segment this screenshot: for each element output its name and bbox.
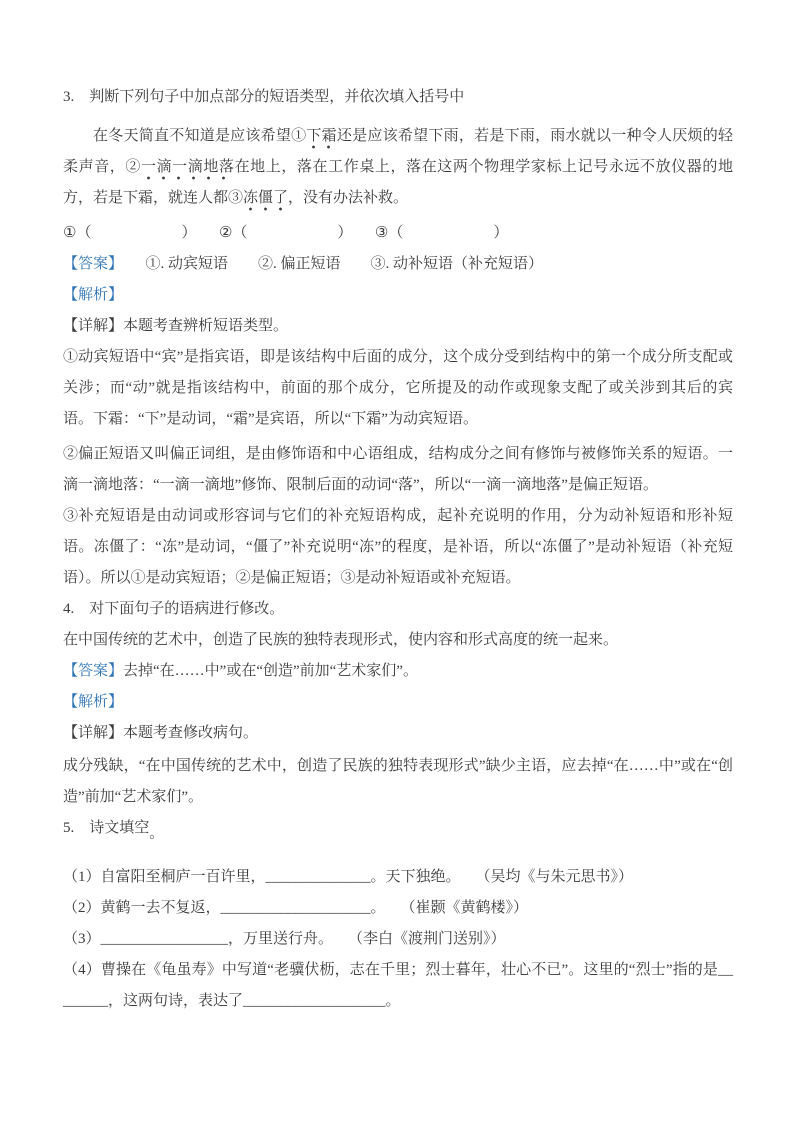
analysis-label: 【解析】: [63, 694, 123, 710]
question-3-answer-line: 【答案】 ①. 动宾短语 ②. 偏正短语 ③. 动补短语（补充短语）: [63, 249, 733, 280]
question-4-analysis-line: 【解析】: [63, 687, 733, 718]
question-5-block: 5. 诗文填空。 （1）自富阳至桐庐一百许里，______________。天下…: [63, 813, 733, 1017]
question-4-detail-paragraph-1: 成分残缺，“在中国传统的艺术中，创造了民族的独特表现形式”缺少主语，应去掉“在……: [63, 751, 733, 813]
passage-segment-1: 在冬天简直不知道是应该希望①: [93, 128, 306, 144]
question-3-block: 3. 判断下列句子中加点部分的短语类型，并依次填入括号中 在冬天简直不知道是应该…: [63, 82, 733, 594]
analysis-label: 【解析】: [63, 287, 123, 303]
detail-label: 【详解】: [63, 318, 123, 334]
question-3-answer-brackets: ①（ ） ②（ ） ③（ ）: [63, 218, 733, 249]
exam-document-page: 3. 判断下列句子中加点部分的短语类型，并依次填入括号中 在冬天简直不知道是应该…: [0, 0, 793, 1122]
question-3-detail-intro: 【详解】本题考查辨析短语类型。: [63, 311, 733, 342]
detail-label: 【详解】: [63, 725, 123, 741]
question-4-detail-intro: 【详解】本题考查修改病句。: [63, 718, 733, 749]
answer-label: 【答案】: [63, 256, 116, 272]
question-4-sentence: 在中国传统的艺术中，创造了民族的独特表现形式，使内容和形式高度的统一起来。: [63, 625, 733, 656]
passage-dotted-phrase-1: 下霜: [306, 128, 337, 149]
q5-item-1: （1）自富阳至桐庐一百许里，______________。天下独绝。 （吴均《与…: [63, 862, 733, 893]
question-5-title-text: 5. 诗文填空: [63, 820, 149, 836]
question-5-title: 5. 诗文填空。: [63, 813, 733, 849]
question-5-title-period: 。: [149, 825, 164, 841]
question-4-answer-line: 【答案】去掉“在……中”或在“创造”前加“艺术家们”。: [63, 656, 733, 687]
detail-intro-text: 本题考查辨析短语类型。: [123, 318, 288, 334]
q5-item-4: （4）曹操在《龟虽寿》中写道“老骥伏枥，志在千里；烈士暮年，壮心不已”。这里的“…: [63, 955, 733, 1017]
question-3-title: 3. 判断下列句子中加点部分的短语类型，并依次填入括号中: [63, 82, 733, 113]
passage-dotted-phrase-3: 冻僵了: [243, 190, 288, 211]
question-3-analysis-line: 【解析】: [63, 280, 733, 311]
answer-label: 【答案】: [63, 663, 123, 679]
question-4-title: 4. 对下面句子的语病进行修改。: [63, 594, 733, 625]
q5-item-3: （3）_________________，万里送行舟。 （李白《渡荆门送别》）: [63, 924, 733, 955]
passage-segment-4: ，没有办法补救。: [288, 190, 408, 206]
passage-dotted-phrase-2: 一滴一滴地落: [141, 159, 235, 180]
question-3-passage: 在冬天简直不知道是应该希望①下霜还是应该希望下雨，若是下雨，雨水就以一种令人厌烦…: [63, 121, 733, 214]
question-3-detail-paragraph-3: ③补充短语是由动词或形容词与它们的补充短语构成，起补充说明的作用，分为动补短语和…: [63, 501, 733, 594]
answer-text: 去掉“在……中”或在“创造”前加“艺术家们”。: [123, 663, 418, 679]
q5-item-2: （2）黄鹤一去不复返，____________________。 （崔颢《黄鹤楼…: [63, 893, 733, 924]
question-3-detail-paragraph-2: ②偏正短语又叫偏正词组，是由修饰语和中心语组成，结构成分之间有修饰与被修饰关系的…: [63, 439, 733, 501]
question-4-block: 4. 对下面句子的语病进行修改。 在中国传统的艺术中，创造了民族的独特表现形式，…: [63, 594, 733, 813]
question-3-detail-paragraph-1: ①动宾短语中“宾”是指宾语，即是该结构中后面的成分，这个成分受到结构中的第一个成…: [63, 342, 733, 435]
answer-text: ①. 动宾短语 ②. 偏正短语 ③. 动补短语（补充短语）: [116, 256, 544, 272]
question-5-items: （1）自富阳至桐庐一百许里，______________。天下独绝。 （吴均《与…: [63, 862, 733, 1017]
detail-intro-text: 本题考查修改病句。: [123, 725, 258, 741]
